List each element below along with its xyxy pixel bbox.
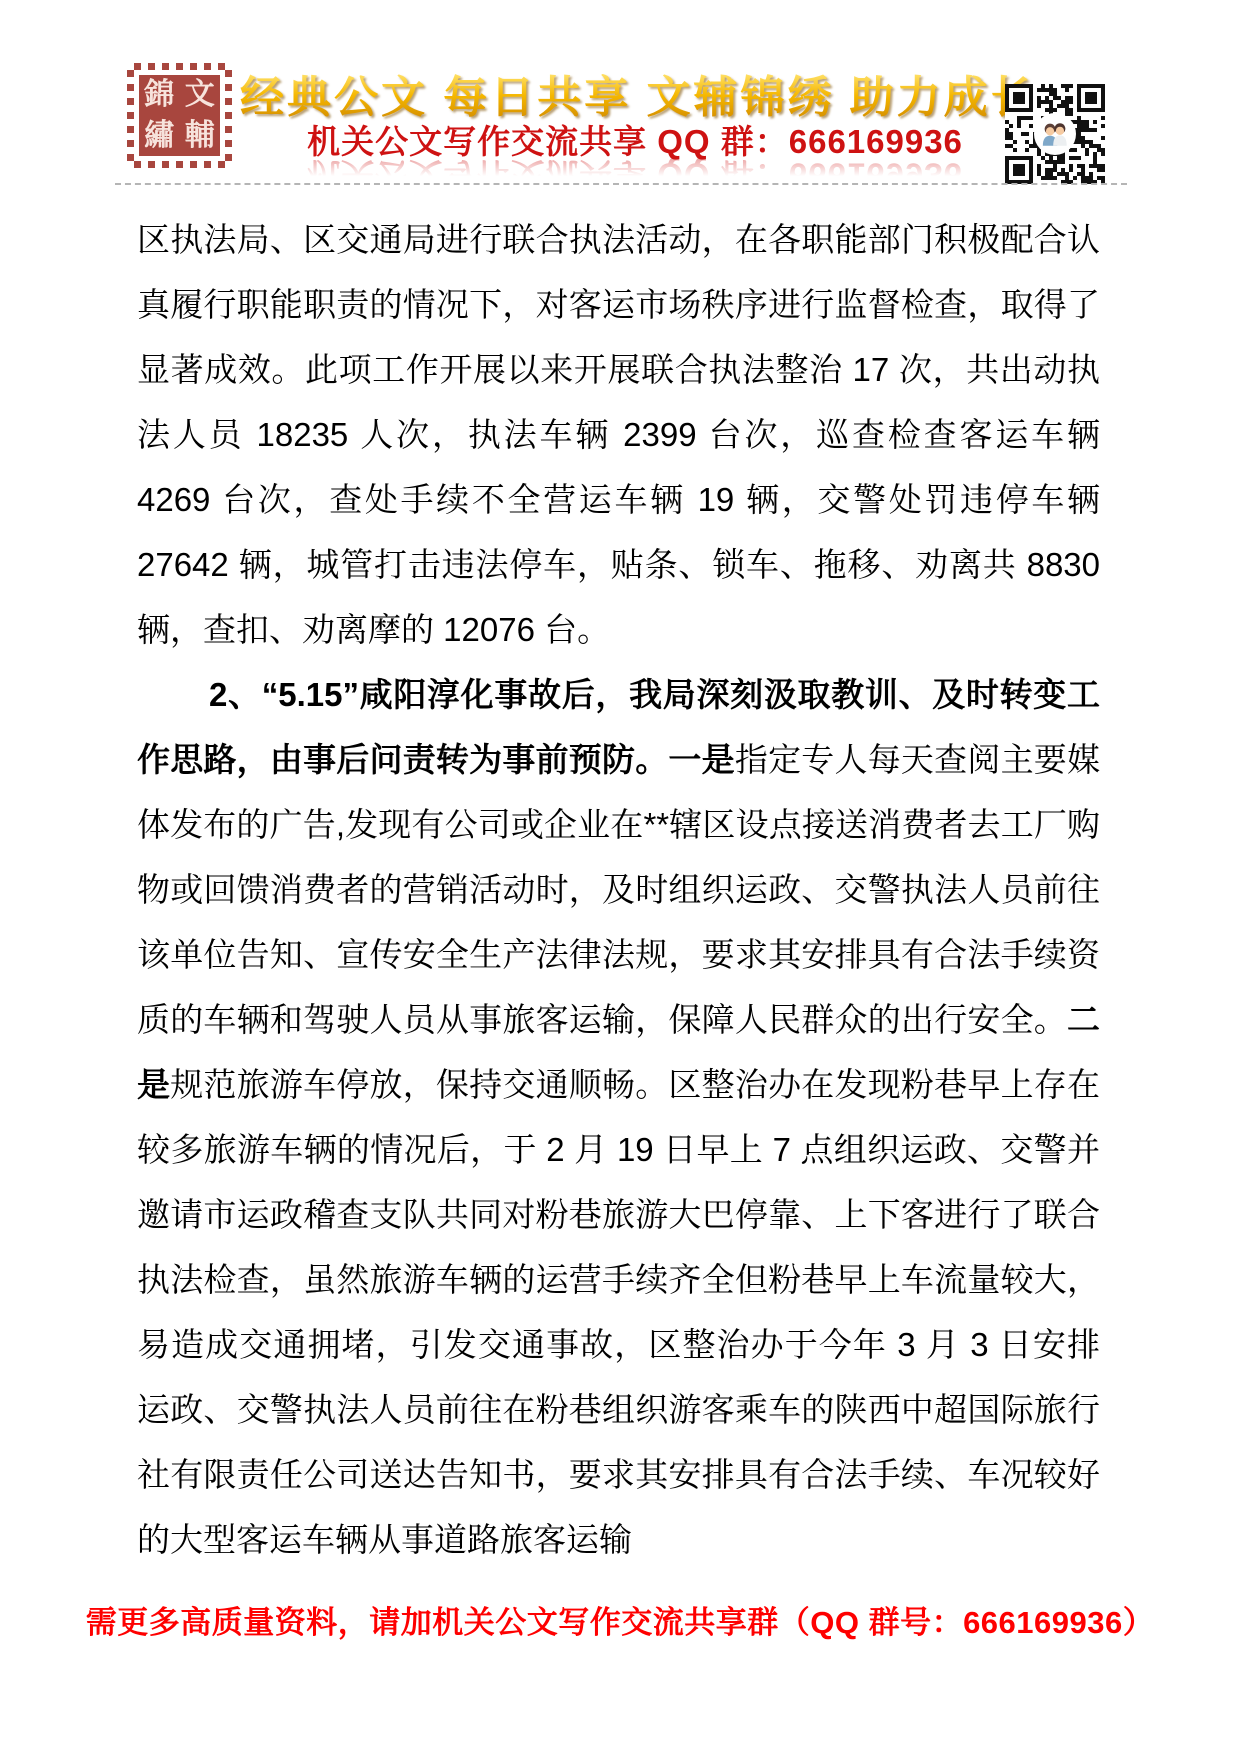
seal-char: 輔 bbox=[185, 121, 215, 151]
header-slogan: 经典公文 每日共享 文辅锦绣 助力成长 bbox=[240, 74, 1038, 122]
seal-char: 錦 bbox=[144, 80, 174, 110]
seal-char: 繡 bbox=[144, 121, 174, 151]
header-qq-line-wrap: 机关公文写作交流共享 QQ 群：666169936 机关公文写作交流共享 QQ … bbox=[307, 124, 963, 160]
brand-seal-characters: 錦 文 繡 輔 bbox=[139, 75, 220, 156]
footer-promo: 需更多高质量资料，请加机关公文写作交流共享群（QQ 群号：666169936） bbox=[0, 1601, 1240, 1644]
qr-center-avatar-icon bbox=[1037, 116, 1073, 152]
footer-promo-text: 需更多高质量资料，请加机关公文写作交流共享群（QQ 群号：666169936） bbox=[86, 1605, 1155, 1640]
qq-group-qr-code bbox=[1002, 84, 1108, 184]
paragraph-continuation: 区执法局、区交通局进行联合执法活动，在各职能部门积极配合认真履行职能职责的情况下… bbox=[137, 207, 1100, 662]
header-qq-group-line-reflection: 机关公文写作交流共享 QQ 群：666169936 bbox=[307, 156, 963, 192]
document-body: 区执法局、区交通局进行联合执法活动，在各职能部门积极配合认真履行职能职责的情况下… bbox=[137, 207, 1100, 1572]
paragraph-item-2: 2、“5.15”咸阳淳化事故后，我局深刻汲取教训、及时转变工作思路，由事后问责转… bbox=[137, 662, 1100, 1572]
header-divider bbox=[115, 183, 1127, 185]
header-titles: 经典公文 每日共享 文辅锦绣 助力成长 机关公文写作交流共享 QQ 群：6661… bbox=[240, 74, 1030, 161]
brand-seal-icon: 錦 文 繡 輔 bbox=[127, 63, 232, 168]
document-page: 錦 文 繡 輔 经典公文 每日共享 文辅锦绣 助力成长 机关公文写作交流共享 Q… bbox=[0, 0, 1240, 1754]
seal-char: 文 bbox=[185, 80, 215, 110]
